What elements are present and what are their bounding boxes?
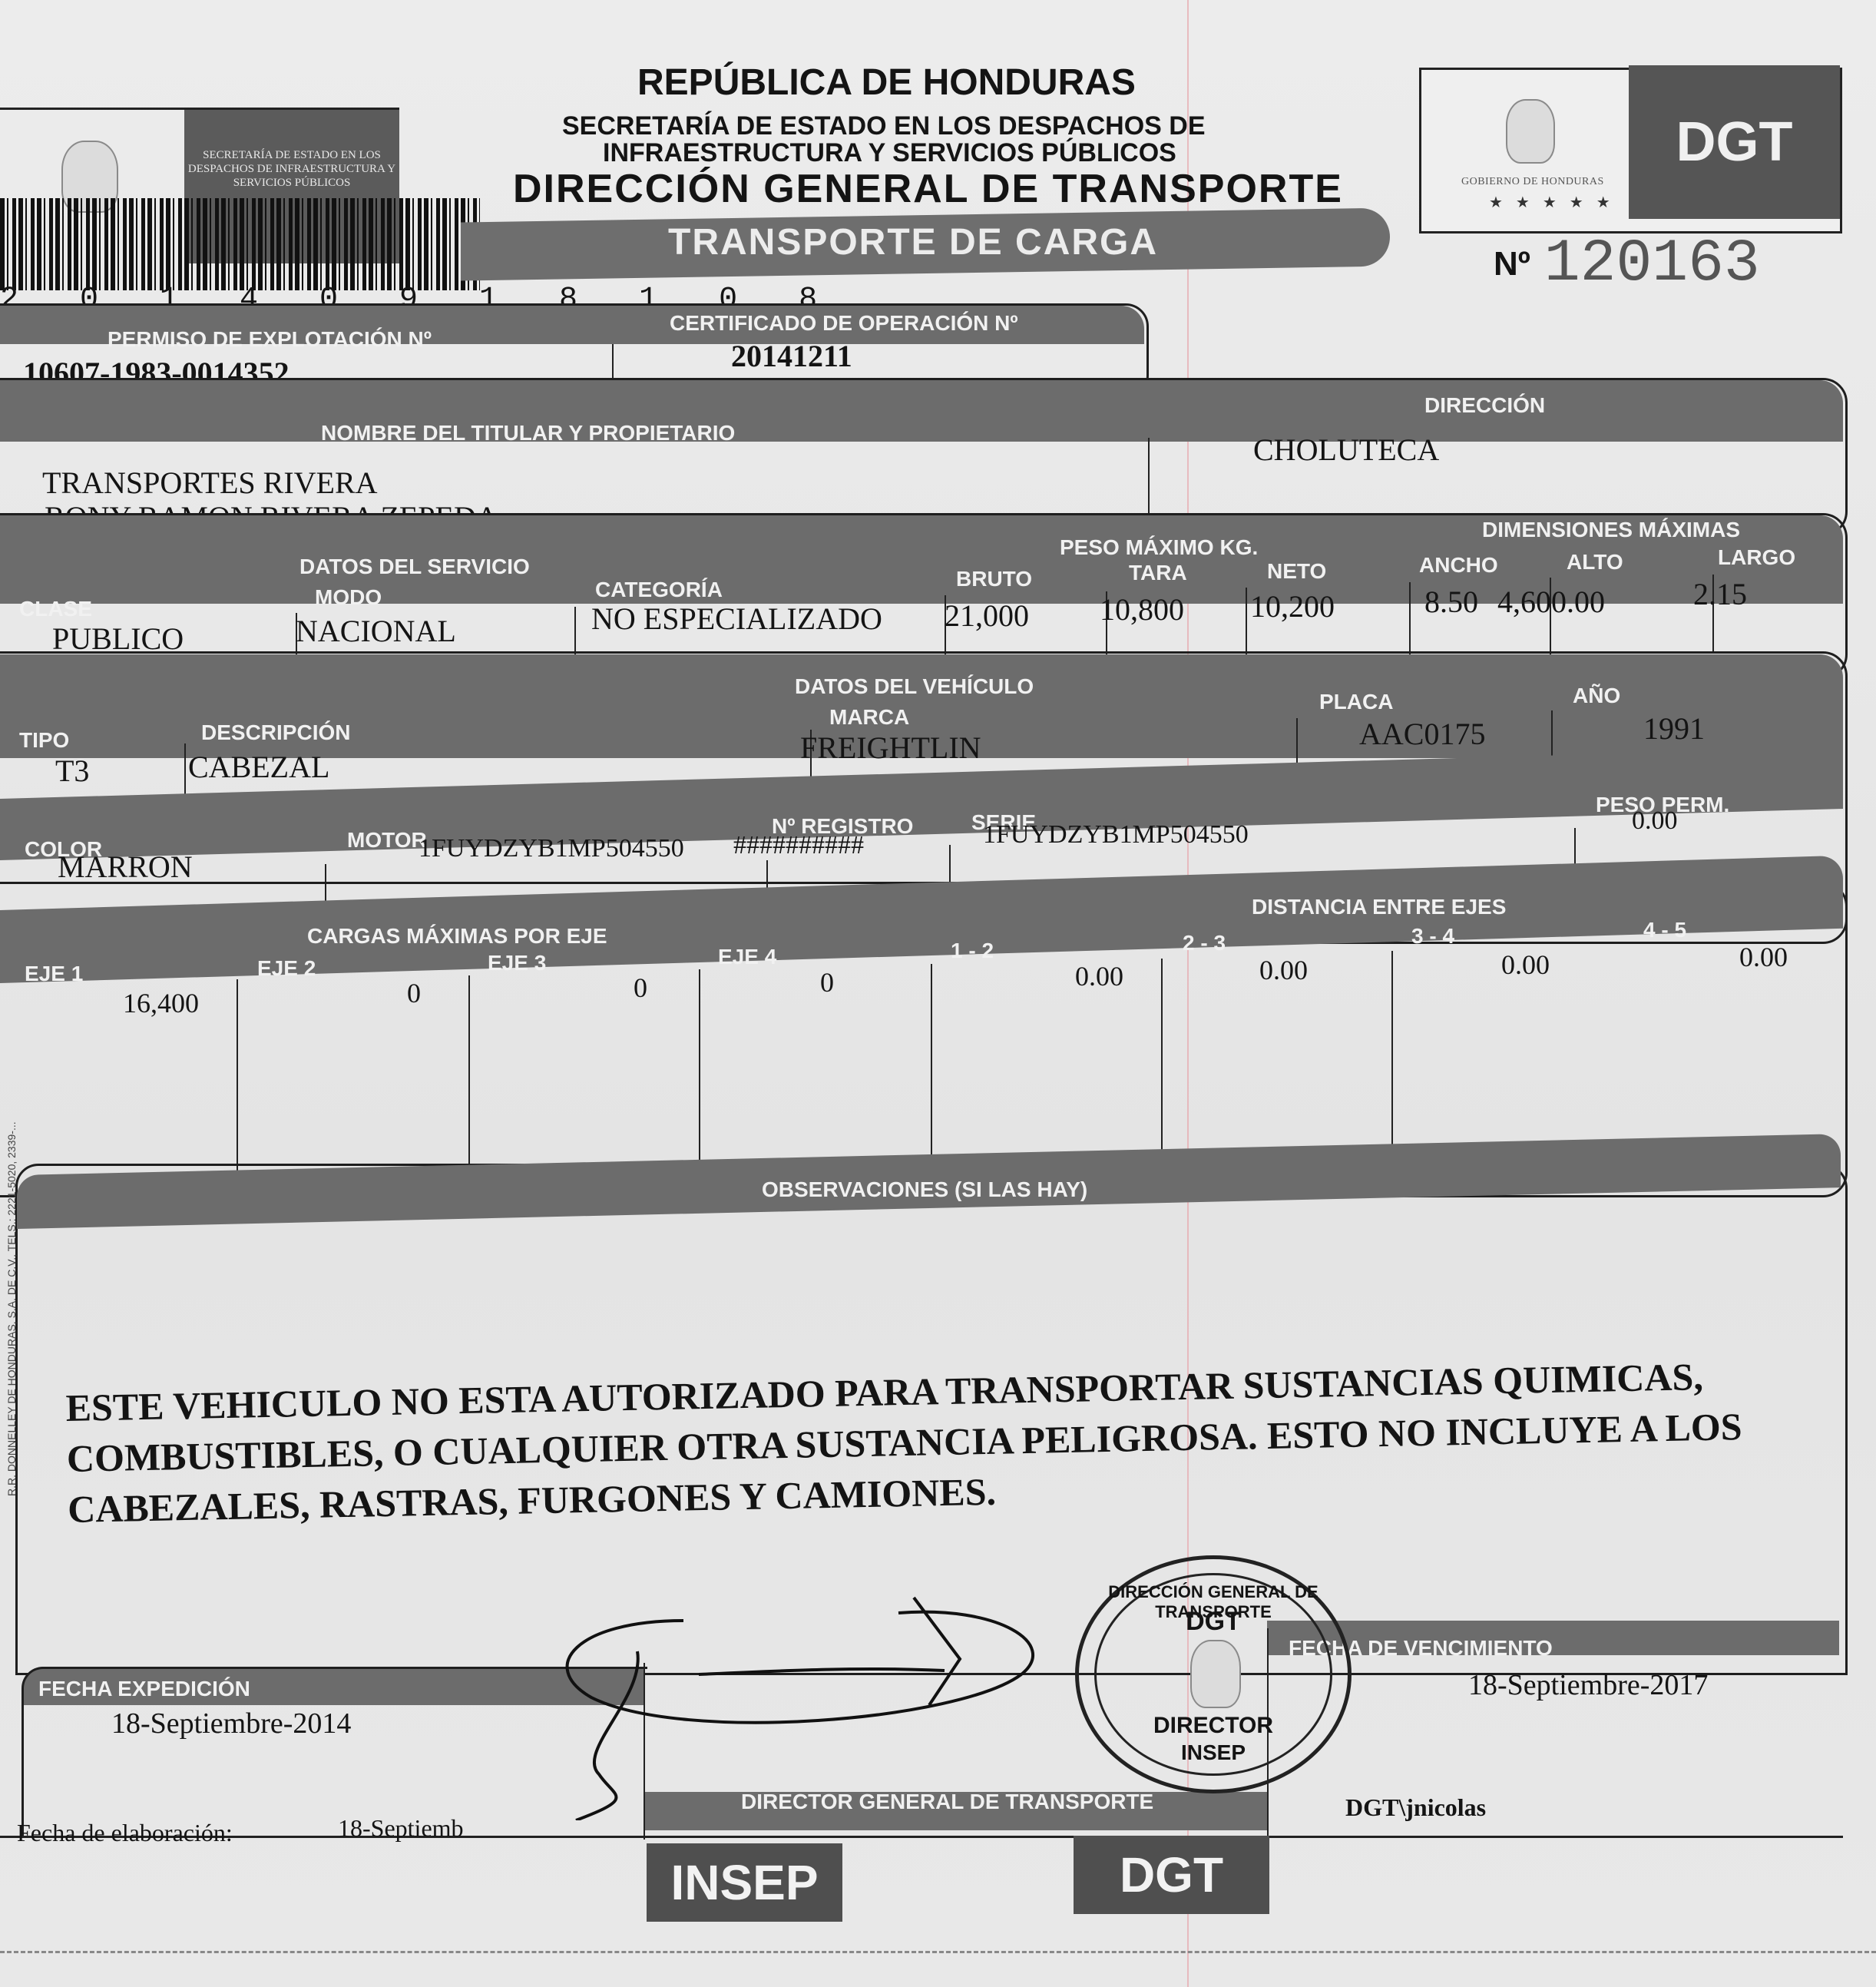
largo-value: 2.15 xyxy=(1693,576,1747,612)
axle-distance-label: DISTANCIA ENTRE EJES xyxy=(1252,895,1506,919)
serial-value: 120163 xyxy=(1544,230,1760,298)
peso-perm-value: 0.00 xyxy=(1632,806,1678,836)
axle-loads-label: CARGAS MÁXIMAS POR EJE xyxy=(307,924,607,949)
alto-value: 4,600.00 xyxy=(1497,584,1605,620)
eje-3-label: EJE 3 xyxy=(488,951,546,975)
motor-value: 1FUYDZYB1MP504550 xyxy=(419,834,684,863)
insep-logo: INSEP xyxy=(647,1843,842,1922)
permiso-label: PERMISO DE EXPLOTACIÓN Nº xyxy=(108,327,432,352)
serial-label: Nº xyxy=(1494,245,1530,283)
certificado-label: CERTIFICADO DE OPERACIÓN Nº xyxy=(670,311,1018,336)
dist-2-3-value: 0.00 xyxy=(1259,954,1308,986)
dgt-logo: GOBIERNO DE HONDURAS ★ ★ ★ ★ ★ DGT xyxy=(1419,68,1842,233)
observations-label: OBSERVACIONES (SI LAS HAY) xyxy=(762,1177,1087,1202)
color-value: MARRON xyxy=(58,849,193,885)
dgt-abbr: DGT xyxy=(1629,65,1840,219)
ancho-value: 8.50 xyxy=(1424,584,1478,620)
certificado-value: 20141211 xyxy=(731,338,852,374)
prepared-date-label: Fecha de elaboración: xyxy=(17,1819,233,1847)
marca-label: MARCA xyxy=(829,705,909,730)
descripcion-label: DESCRIPCIÓN xyxy=(201,720,350,745)
barcode xyxy=(0,198,480,290)
owner-name-label: NOMBRE DEL TITULAR Y PROPIETARIO xyxy=(321,421,735,445)
owner-header-bar xyxy=(0,380,1843,442)
ancho-label: ANCHO xyxy=(1419,553,1498,578)
ano-value: 1991 xyxy=(1643,710,1705,747)
ano-label: AÑO xyxy=(1573,684,1620,708)
eje-1-label: EJE 1 xyxy=(25,962,83,986)
dist-4-5-value: 0.00 xyxy=(1739,941,1788,973)
dimensions-section-label: DIMENSIONES MÁXIMAS xyxy=(1482,518,1740,542)
dist-1-2-value: 0.00 xyxy=(1075,960,1123,992)
dist-4-5-label: 4 - 5 xyxy=(1643,918,1686,942)
address-label: DIRECCIÓN xyxy=(1424,393,1545,418)
tipo-label: TIPO xyxy=(19,728,69,753)
coat-of-arms-icon xyxy=(1190,1640,1241,1708)
alto-label: ALTO xyxy=(1567,550,1623,575)
eje-3-value: 0 xyxy=(634,972,647,1004)
eje-4-value: 0 xyxy=(820,966,834,998)
stars-icon: ★ ★ ★ ★ ★ xyxy=(1489,193,1615,212)
eje-2-value: 0 xyxy=(407,977,421,1009)
marca-value: FREIGHTLIN xyxy=(800,730,981,766)
serie-value: 1FUYDZYB1MP504550 xyxy=(983,820,1249,849)
printer-imprint: R.R. DONNELLEY DE HONDURAS, S.A. DE C.V.… xyxy=(5,1035,18,1496)
government-text: GOBIERNO DE HONDURAS xyxy=(1461,176,1604,188)
divider xyxy=(468,975,470,1191)
divider xyxy=(237,979,238,1191)
perforation-line xyxy=(0,1951,1876,1959)
descripcion-value: CABEZAL xyxy=(188,749,329,785)
expiry-date-value: 18-Septiembre-2017 xyxy=(1468,1668,1708,1702)
prepared-date-value: 18-Septiemb xyxy=(338,1814,464,1843)
divider xyxy=(1409,582,1411,659)
neto-value: 10,200 xyxy=(1250,588,1335,624)
dgt-footer-logo: DGT xyxy=(1074,1836,1269,1914)
categoria-label: CATEGORÍA xyxy=(595,578,723,602)
serial-number: Nº 120163 xyxy=(1494,230,1760,298)
dist-1-2-label: 1 - 2 xyxy=(951,939,994,963)
dist-3-4-label: 3 - 4 xyxy=(1411,924,1454,949)
eje-2-label: EJE 2 xyxy=(257,956,316,981)
directorate-title: DIRECCIÓN GENERAL DE TRANSPORTE xyxy=(513,166,1343,212)
coat-of-arms-icon xyxy=(1506,99,1555,164)
placa-label: PLACA xyxy=(1319,690,1393,714)
dist-2-3-label: 2 - 3 xyxy=(1183,931,1226,955)
ministry-line-2: INFRAESTRUCTURA Y SERVICIOS PÚBLICOS xyxy=(603,138,1176,168)
country-title: REPÚBLICA DE HONDURAS xyxy=(637,61,1136,104)
document-kind-title: TRANSPORTE DE CARGA xyxy=(668,221,1158,263)
neto-label: NETO xyxy=(1267,559,1326,584)
categoria-value: NO ESPECIALIZADO xyxy=(591,601,882,637)
eje-4-label: EJE 4 xyxy=(718,945,776,969)
largo-label: LARGO xyxy=(1718,545,1795,570)
modo-value: NACIONAL xyxy=(296,613,456,649)
eje-1-value: 16,400 xyxy=(123,987,199,1019)
dist-3-4-value: 0.00 xyxy=(1501,949,1550,981)
modo-label: MODO xyxy=(315,585,382,610)
vehicle-section-label: DATOS DEL VEHÍCULO xyxy=(795,674,1034,699)
official-stamp: DIRECCIÓN GENERAL DE TRANSPORTE DGT DIRE… xyxy=(1075,1555,1352,1793)
placa-value: AAC0175 xyxy=(1359,716,1485,752)
tipo-value: T3 xyxy=(55,753,89,789)
tara-value: 10,800 xyxy=(1100,591,1184,628)
signature xyxy=(530,1567,1067,1820)
weight-section-label: PESO MÁXIMO KG. xyxy=(1060,535,1258,560)
tara-label: TARA xyxy=(1129,561,1187,585)
bruto-value: 21,000 xyxy=(945,598,1029,634)
bruto-label: BRUTO xyxy=(956,567,1032,591)
ministry-line-1: SECRETARÍA DE ESTADO EN LOS DESPACHOS DE xyxy=(562,111,1206,141)
address-value: CHOLUTECA xyxy=(1253,432,1439,468)
footer-rule xyxy=(0,1836,1843,1838)
divider xyxy=(699,969,700,1191)
registro-value: ########## xyxy=(733,831,864,860)
stamp-abbr: DGT xyxy=(1079,1607,1348,1637)
stamp-role: DIRECTOR xyxy=(1079,1713,1348,1739)
owner-name-line-1: TRANSPORTES RIVERA xyxy=(42,465,378,501)
stamp-org: INSEP xyxy=(1079,1740,1348,1765)
clase-label: CLASE xyxy=(19,597,92,621)
operator-id: DGT\jnicolas xyxy=(1345,1793,1486,1822)
motor-label: MOTOR xyxy=(347,828,427,853)
service-section-label: DATOS DEL SERVICIO xyxy=(299,555,530,579)
